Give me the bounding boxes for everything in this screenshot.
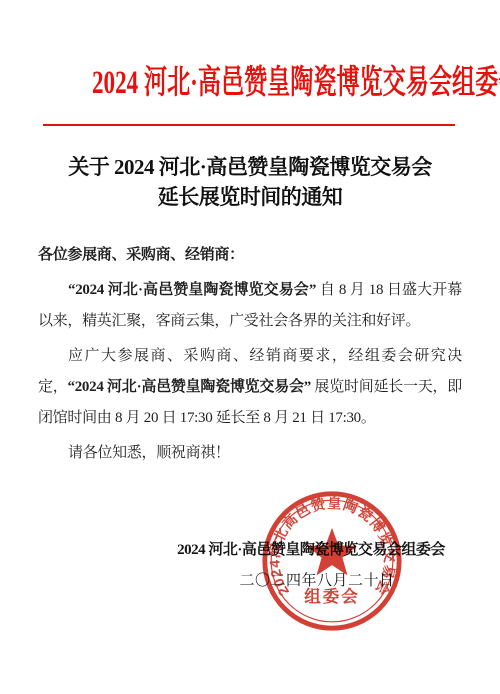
paragraph-opening: “2024 河北·高邑赞皇陶瓷博览交易会” 自 8 月 18 日盛大开幕以来，精… [38,275,462,337]
document-title-line1: 关于 2024 河北·高邑赞皇陶瓷博览交易会 [0,152,500,182]
signature-date: 二〇二四年八月二十日 [67,569,500,590]
seal-outer-ring [265,494,399,628]
seal-inner-ring [271,500,393,622]
letterhead-banner-text: 2024 河北·高邑赞皇陶瓷博览交易会组委会 [92,56,500,103]
paragraph-extension: 应广大参展商、采购商、经销商要求，经组委会研究决定，“2024 河北·高邑赞皇陶… [38,341,462,434]
document-title: 关于 2024 河北·高邑赞皇陶瓷博览交易会 延长展览时间的通知 [0,152,500,212]
expo-name-quoted-2: “2024 河北·高邑赞皇陶瓷博览交易会” [68,379,311,395]
paragraph-closing: 请各位知悉，顺祝商祺！ [38,438,462,469]
letterhead-banner: 2024 河北·高邑赞皇陶瓷博览交易会组委会 [0,56,500,103]
committee-seal-stamp: 2024河北高邑赞皇陶瓷博览交易会 组委会 [259,488,405,634]
expo-name-quoted: “2024 河北·高邑赞皇陶瓷博览交易会” [68,282,316,298]
closing-wish-text: 请各位知悉，顺祝商祺！ [68,445,230,461]
notice-document-page: 2024 河北·高邑赞皇陶瓷博览交易会组委会 关于 2024 河北·高邑赞皇陶瓷… [0,0,500,694]
signature-organization: 2024 河北·高邑赞皇陶瓷博览交易会组委会 [61,538,500,559]
notice-body: 各位参展商、采购商、经销商： “2024 河北·高邑赞皇陶瓷博览交易会” 自 8… [38,240,462,469]
letterhead-divider [43,124,455,126]
document-title-line2: 延长展览时间的通知 [0,182,500,212]
salutation-line: 各位参展商、采购商、经销商： [38,240,462,271]
